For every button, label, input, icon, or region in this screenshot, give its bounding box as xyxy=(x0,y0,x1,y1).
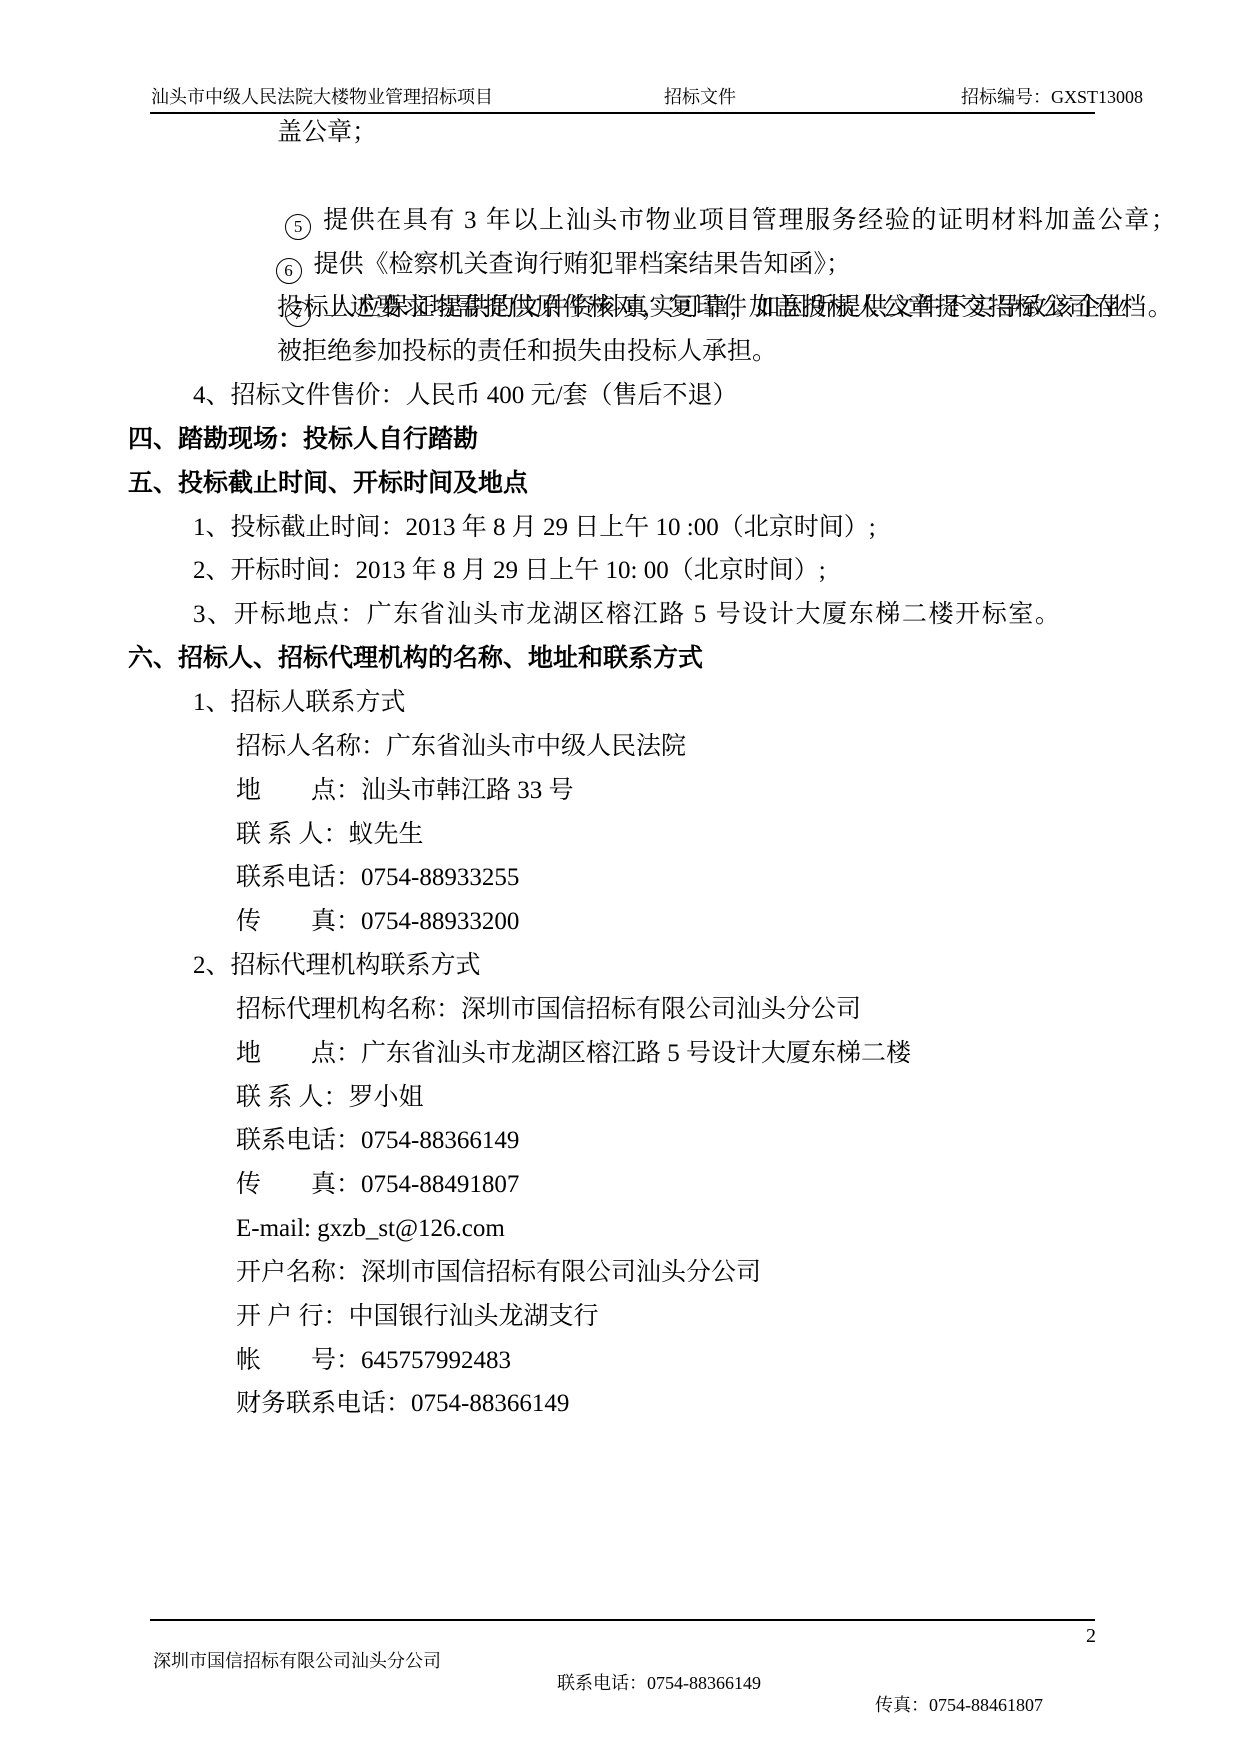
bank-account-number: 帐 号：645757992483 xyxy=(128,1339,1103,1383)
item-circle-5-text: 提供在具有 3 年以上汕头市物业项目管理服务经验的证明材料加盖公章； xyxy=(323,207,1177,234)
section-6-contacts: 六、招标人、招标代理机构的名称、地址和联系方式 xyxy=(128,637,1103,681)
footer-rule xyxy=(150,1619,1095,1621)
section-4-site-visit: 四、踏勘现场：投标人自行踏勘 xyxy=(128,418,1103,462)
tenderer-fax: 传 真：0754-88933200 xyxy=(128,900,1103,944)
header-project-title: 汕头市中级人民法院大楼物业管理招标项目 xyxy=(151,86,493,108)
footer-company: 深圳市国信招标有限公司汕头分公司 xyxy=(153,1650,441,1672)
item-circle-6-text: 提供《检察机关查询行贿犯罪档案结果告知函》； xyxy=(314,251,852,278)
document-body: 盖公章； 5提供在具有 3 年以上汕头市物业项目管理服务经验的证明材料加盖公章；… xyxy=(128,111,1103,1426)
page-footer: 深圳市国信招标有限公司汕头分公司 联系电话：0754-88366149 传真：0… xyxy=(0,1628,1241,1652)
para-seal-continuation: 盖公章； xyxy=(128,111,1103,155)
agency-fax: 传 真：0754-88491807 xyxy=(128,1163,1103,1207)
item-1-bid-deadline: 1、投标截止时间：2013 年 8 月 29 日上午 10 :00（北京时间）; xyxy=(128,506,1103,550)
header-tender-number: 招标编号：GXST13008 xyxy=(961,86,1143,108)
item-1-tenderer-contact: 1、招标人联系方式 xyxy=(128,681,1103,725)
item-3-opening-place: 3、开标地点：广东省汕头市龙湖区榕江路 5 号设计大厦东梯二楼开标室。 xyxy=(128,593,1103,637)
agency-contact-person: 联 系 人：罗小姐 xyxy=(128,1076,1103,1120)
item-4-document-price: 4、招标文件售价：人民币 400 元/套（售后不退） xyxy=(128,374,1103,418)
item-circle-5: 5提供在具有 3 年以上汕头市物业项目管理服务经验的证明材料加盖公章； xyxy=(128,155,1103,199)
footer-fax: 传真：0754-88461807 xyxy=(875,1694,1043,1716)
item-circle-7-cont-2: 被拒绝参加投标的责任和损失由投标人承担。 xyxy=(128,330,1103,374)
item-2-agency-contact: 2、招标代理机构联系方式 xyxy=(128,944,1103,988)
tenderer-phone: 联系电话：0754-88933255 xyxy=(128,856,1103,900)
bank-account-name: 开户名称：深圳市国信招标有限公司汕头分公司 xyxy=(128,1251,1103,1295)
agency-name: 招标代理机构名称：深圳市国信招标有限公司汕头分公司 xyxy=(128,988,1103,1032)
item-2-opening-time: 2、开标时间：2013 年 8 月 29 日上午 10: 00（北京时间）; xyxy=(128,549,1103,593)
circled-number-6-icon: 6 xyxy=(276,258,302,284)
tenderer-contact-person: 联 系 人：蚁先生 xyxy=(128,813,1103,857)
section-5-deadline: 五、投标截止时间、开标时间及地点 xyxy=(128,462,1103,506)
tenderer-address: 地 点：汕头市韩江路 33 号 xyxy=(128,769,1103,813)
page-number: 2 xyxy=(1086,1625,1096,1647)
tenderer-name: 招标人名称：广东省汕头市中级人民法院 xyxy=(128,725,1103,769)
footer-phone: 联系电话：0754-88366149 xyxy=(557,1672,761,1694)
agency-address: 地 点：广东省汕头市龙湖区榕江路 5 号设计大厦东梯二楼 xyxy=(128,1032,1103,1076)
agency-phone: 联系电话：0754-88366149 xyxy=(128,1119,1103,1163)
document-page: 汕头市中级人民法院大楼物业管理招标项目 招标文件 招标编号：GXST13008 … xyxy=(0,0,1241,1754)
agency-email: E-mail: gxzb_st@126.com xyxy=(128,1207,1103,1251)
bank-name: 开 户 行：中国银行汕头龙湖支行 xyxy=(128,1295,1103,1339)
page-header: 汕头市中级人民法院大楼物业管理招标项目 招标文件 招标编号：GXST13008 xyxy=(0,86,1241,110)
header-doc-type: 招标文件 xyxy=(664,86,736,108)
circled-number-5-icon: 5 xyxy=(285,214,311,240)
finance-phone: 财务联系电话：0754-88366149 xyxy=(128,1382,1103,1426)
